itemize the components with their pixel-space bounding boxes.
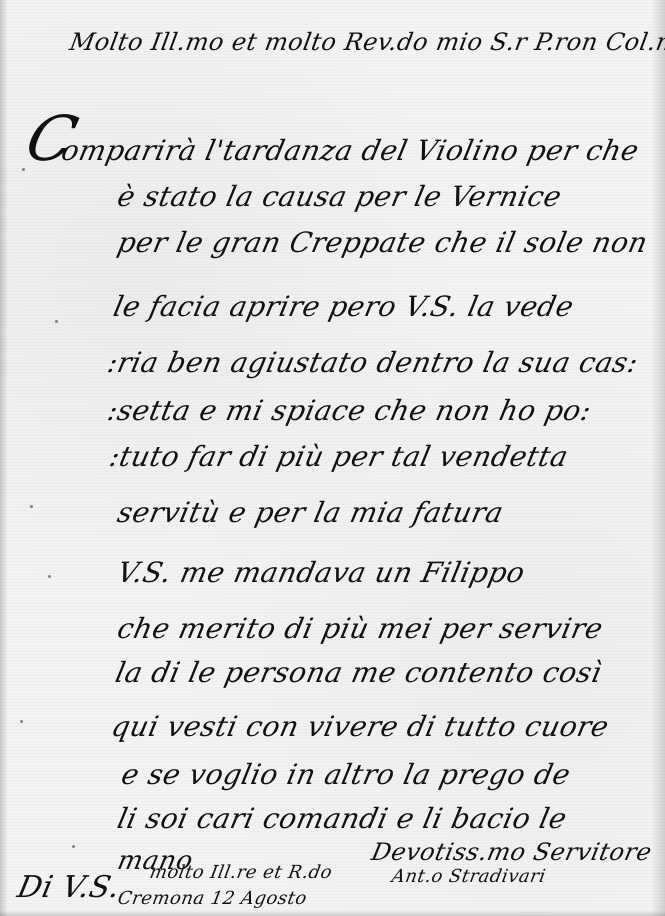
salutation: Molto Ill.mo et molto Rev.do mio S.r P.r… [68, 28, 665, 56]
ink-speck [20, 720, 23, 723]
body-line-4: le facia aprire pero V.S. la vede [110, 290, 576, 323]
closing-title: Devotiss.mo Servitore [369, 838, 654, 866]
body-line-5: :ria ben agiustato dentro la sua cas: [104, 346, 641, 379]
body-line-7: :tuto far di più per tal vendetta [106, 440, 571, 473]
body-line-14: li soi cari comandi e li bacio le [114, 802, 569, 835]
body-line-3: per le gran Creppate che il sole non [114, 226, 650, 259]
ink-speck [72, 845, 75, 848]
body-line-8: servitù e per la mia fatura [114, 496, 506, 529]
body-line-13: e se voglio in altro la prego de [118, 758, 573, 791]
paper-edge-left [0, 0, 8, 916]
body-line-11: la di le persona me contento così [112, 656, 604, 689]
closing-phrase: molto Ill.re et R.do [148, 862, 334, 883]
body-line-9: V.S. me mandava un Filippo [114, 556, 528, 589]
body-line-1: omparirà l'tardanza del Violino per che [58, 134, 641, 167]
letter-page: Molto Ill.mo et molto Rev.do mio S.r P.r… [0, 0, 665, 916]
closing-prefix: Di V.S. [14, 870, 123, 905]
paper-edge-bottom [0, 910, 665, 916]
place-date: Cremona 12 Agosto [116, 888, 308, 909]
body-line-2: è stato la causa per le Vernice [114, 180, 564, 213]
body-line-12: qui vesti con vivere di tutto cuore [108, 710, 612, 743]
paper-edge-right [651, 0, 665, 916]
signature: Ant.o Stradivari [390, 866, 547, 887]
ink-speck [48, 575, 51, 578]
ink-speck [55, 320, 58, 323]
body-line-10: che merito di più mei per servire [114, 612, 606, 645]
body-line-6: :setta e mi spiace che non ho po: [104, 394, 594, 427]
ink-speck [30, 505, 33, 508]
